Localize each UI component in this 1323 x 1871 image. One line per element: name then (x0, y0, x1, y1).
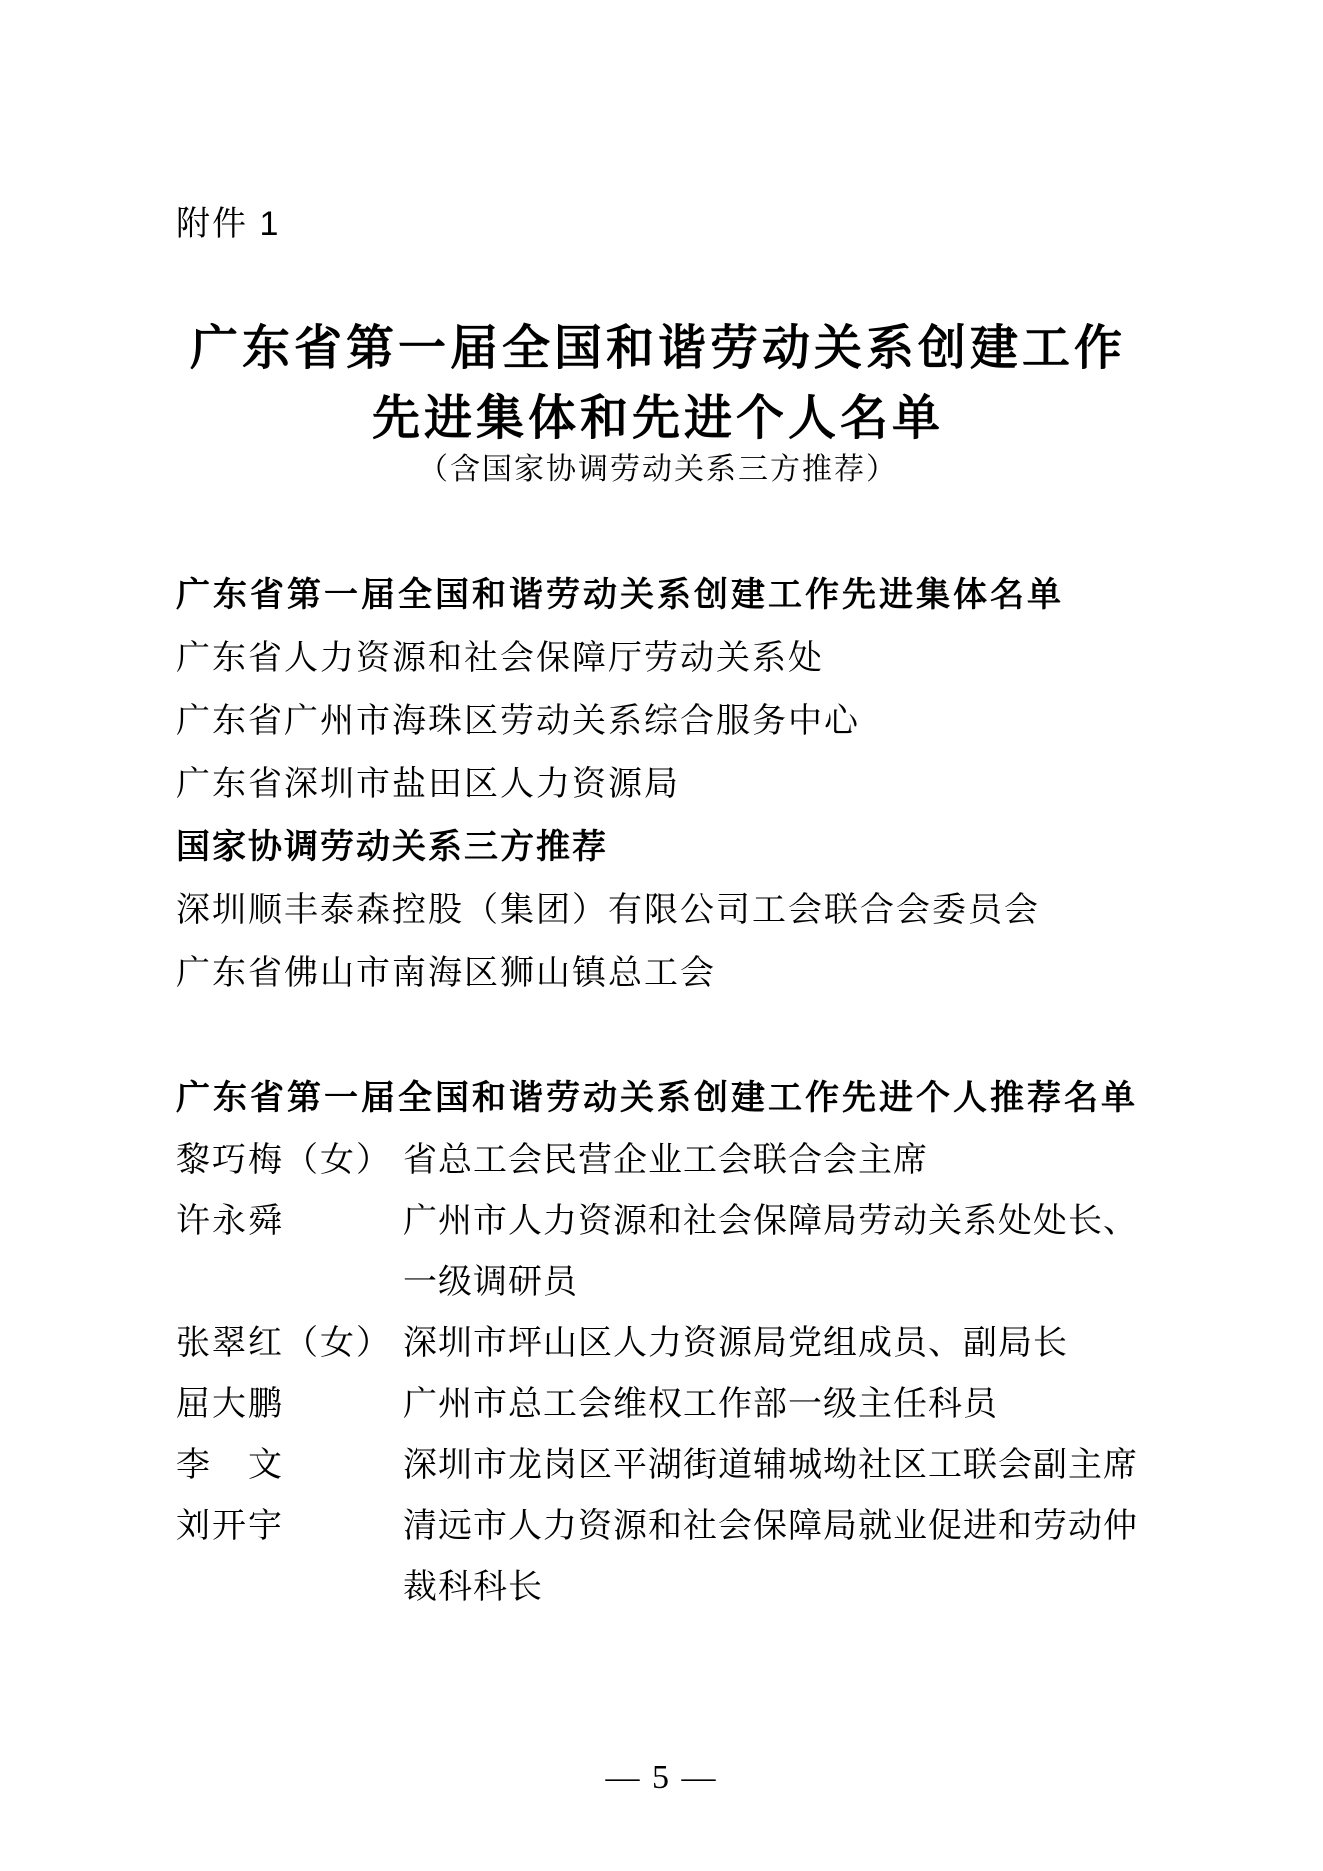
person-row: 张翠红（女） 深圳市坪山区人力资源局党组成员、副局长 (176, 1313, 1140, 1374)
person-name: 黎巧梅（女） (176, 1130, 403, 1191)
person-name: 许永舜 (176, 1191, 403, 1313)
person-position: 广州市人力资源和社会保障局劳动关系处处长、一级调研员 (403, 1191, 1140, 1313)
document-subtitle: （含国家协调劳动关系三方推荐） (176, 450, 1140, 490)
tripartite-list-item: 深圳顺丰泰森控股（集团）有限公司工会联合会委员会 (176, 879, 1140, 942)
collective-list-item: 广东省广州市海珠区劳动关系综合服务中心 (176, 690, 1140, 753)
person-name: 张翠红（女） (176, 1313, 403, 1374)
person-position: 省总工会民营企业工会联合会主席 (403, 1130, 1140, 1191)
collective-section-heading: 广东省第一届全国和谐劳动关系创建工作先进集体名单 (176, 564, 1140, 627)
person-row: 许永舜 广州市人力资源和社会保障局劳动关系处处长、一级调研员 (176, 1191, 1140, 1313)
document-title: 广东省第一届全国和谐劳动关系创建工作 先进集体和先进个人名单 (176, 314, 1140, 454)
individual-section-heading: 广东省第一届全国和谐劳动关系创建工作先进个人推荐名单 (176, 1067, 1140, 1130)
person-row: 刘开宇 清远市人力资源和社会保障局就业促进和劳动仲裁科科长 (176, 1496, 1140, 1618)
person-row: 李 文 深圳市龙岗区平湖街道辅城坳社区工联会副主席 (176, 1435, 1140, 1496)
person-position: 广州市总工会维权工作部一级主任科员 (403, 1374, 1140, 1435)
document-title-line-2: 先进集体和先进个人名单 (372, 392, 944, 445)
tripartite-recommendation-subheading: 国家协调劳动关系三方推荐 (176, 816, 1140, 879)
page-number: — 5 — (0, 1756, 1323, 1800)
person-name: 屈大鹏 (176, 1374, 403, 1435)
person-row: 黎巧梅（女） 省总工会民营企业工会联合会主席 (176, 1130, 1140, 1191)
document-content: 附件 1 广东省第一届全国和谐劳动关系创建工作 先进集体和先进个人名单 （含国家… (0, 204, 1323, 1618)
attachment-label: 附件 1 (176, 204, 1140, 244)
collective-list-item: 广东省人力资源和社会保障厅劳动关系处 (176, 627, 1140, 690)
tripartite-list-item: 广东省佛山市南海区狮山镇总工会 (176, 942, 1140, 1005)
person-name: 李 文 (176, 1435, 403, 1496)
person-position: 清远市人力资源和社会保障局就业促进和劳动仲裁科科长 (403, 1496, 1140, 1618)
person-row: 屈大鹏 广州市总工会维权工作部一级主任科员 (176, 1374, 1140, 1435)
person-position: 深圳市坪山区人力资源局党组成员、副局长 (403, 1313, 1140, 1374)
document-title-line-1: 广东省第一届全国和谐劳动关系创建工作 (190, 322, 1126, 375)
document-page: 附件 1 广东省第一届全国和谐劳动关系创建工作 先进集体和先进个人名单 （含国家… (0, 0, 1323, 1871)
collective-list-item: 广东省深圳市盐田区人力资源局 (176, 753, 1140, 816)
person-name: 刘开宇 (176, 1496, 403, 1618)
person-position: 深圳市龙岗区平湖街道辅城坳社区工联会副主席 (403, 1435, 1140, 1496)
